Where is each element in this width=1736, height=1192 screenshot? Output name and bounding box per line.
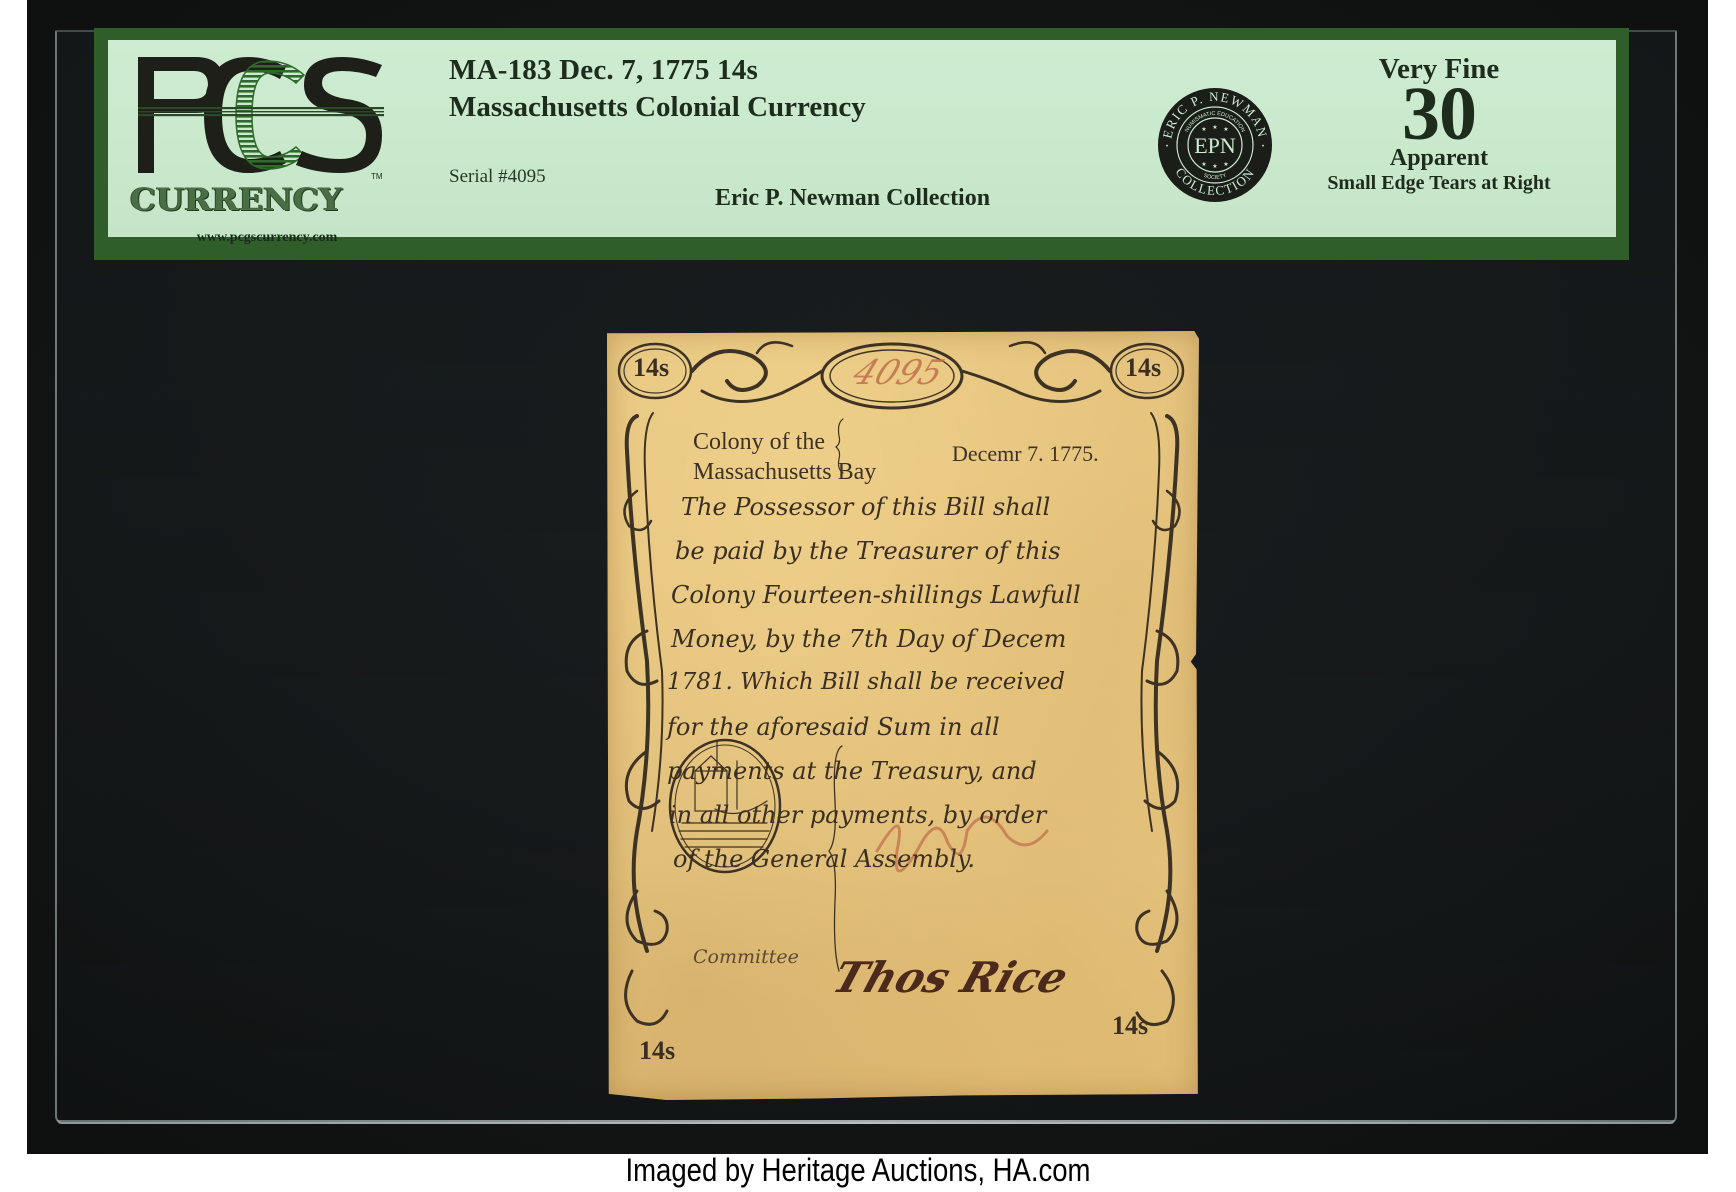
body-line-5: 1781. Which Bill shall be received	[667, 669, 1065, 695]
pedigree-text: Eric P. Newman Collection	[715, 185, 990, 212]
handwritten-serial: 4095	[847, 353, 950, 393]
signature-brown: Thos Rice	[827, 953, 1074, 1002]
grade-note: Small Edge Tears at Right	[1308, 172, 1570, 194]
grade-number: 30	[1308, 84, 1570, 144]
issuer-line-2: Massachusetts Bay	[693, 459, 876, 486]
body-line-7: payments at the Treasury, and	[667, 757, 1037, 785]
epn-collection-seal-icon: ERIC P. NEWMAN COLLECTION NUMISMATIC EDU…	[1157, 87, 1273, 203]
denomination-bottom-left: 14s	[639, 1036, 675, 1066]
svg-text:•: •	[1261, 143, 1265, 150]
svg-text:★: ★	[1212, 163, 1217, 170]
serial-number: Serial #4095	[449, 166, 546, 188]
body-line-2: be paid by the Treasurer of this	[675, 537, 1061, 565]
image-credit-caption: Imaged by Heritage Auctions, HA.com	[625, 1153, 1024, 1187]
svg-text:EPN: EPN	[1194, 133, 1236, 158]
website-link[interactable]: www.pcgscurrency.com	[152, 230, 382, 246]
svg-text:★: ★	[1223, 126, 1228, 133]
body-line-1: The Possessor of this Bill shall	[681, 493, 1050, 521]
catalog-subtitle: Massachusetts Colonial Currency	[449, 91, 866, 124]
svg-text:★: ★	[1212, 124, 1217, 131]
colonial-banknote: 14s 14s 14s 14s 4095 Colony of the Massa…	[607, 331, 1199, 1100]
trademark-mark: TM	[371, 172, 383, 181]
svg-text:•: •	[1165, 143, 1169, 150]
grading-label: TM CURRENCY www.pcgscurrency.com MA-183 …	[94, 28, 1629, 260]
issuer-line-1: Colony of the	[693, 429, 825, 456]
svg-text:★: ★	[1201, 126, 1206, 133]
grade-qualifier: Apparent	[1308, 146, 1570, 170]
svg-text:★: ★	[1201, 161, 1206, 168]
denomination-bottom-right: 14s	[1112, 1011, 1148, 1041]
label-panel: TM CURRENCY www.pcgscurrency.com MA-183 …	[108, 40, 1616, 237]
svg-text:★: ★	[1223, 161, 1228, 168]
body-line-6: for the aforesaid Sum in all	[667, 713, 1000, 741]
body-line-3: Colony Fourteen-shillings Lawfull	[671, 581, 1081, 609]
denomination-top-left: 14s	[633, 353, 669, 383]
catalog-title: MA-183 Dec. 7, 1775 14s	[449, 54, 758, 87]
currency-wordmark: CURRENCY	[130, 183, 405, 217]
denomination-top-right: 14s	[1125, 353, 1161, 383]
issue-date: Decemr 7. 1775.	[952, 441, 1099, 467]
committee-label: Committee	[693, 946, 799, 968]
body-line-4: Money, by the 7th Day of Decem	[671, 625, 1066, 653]
pcgs-logo-icon	[136, 55, 386, 175]
grade-block: Very Fine 30 Apparent Small Edge Tears a…	[1308, 48, 1570, 194]
